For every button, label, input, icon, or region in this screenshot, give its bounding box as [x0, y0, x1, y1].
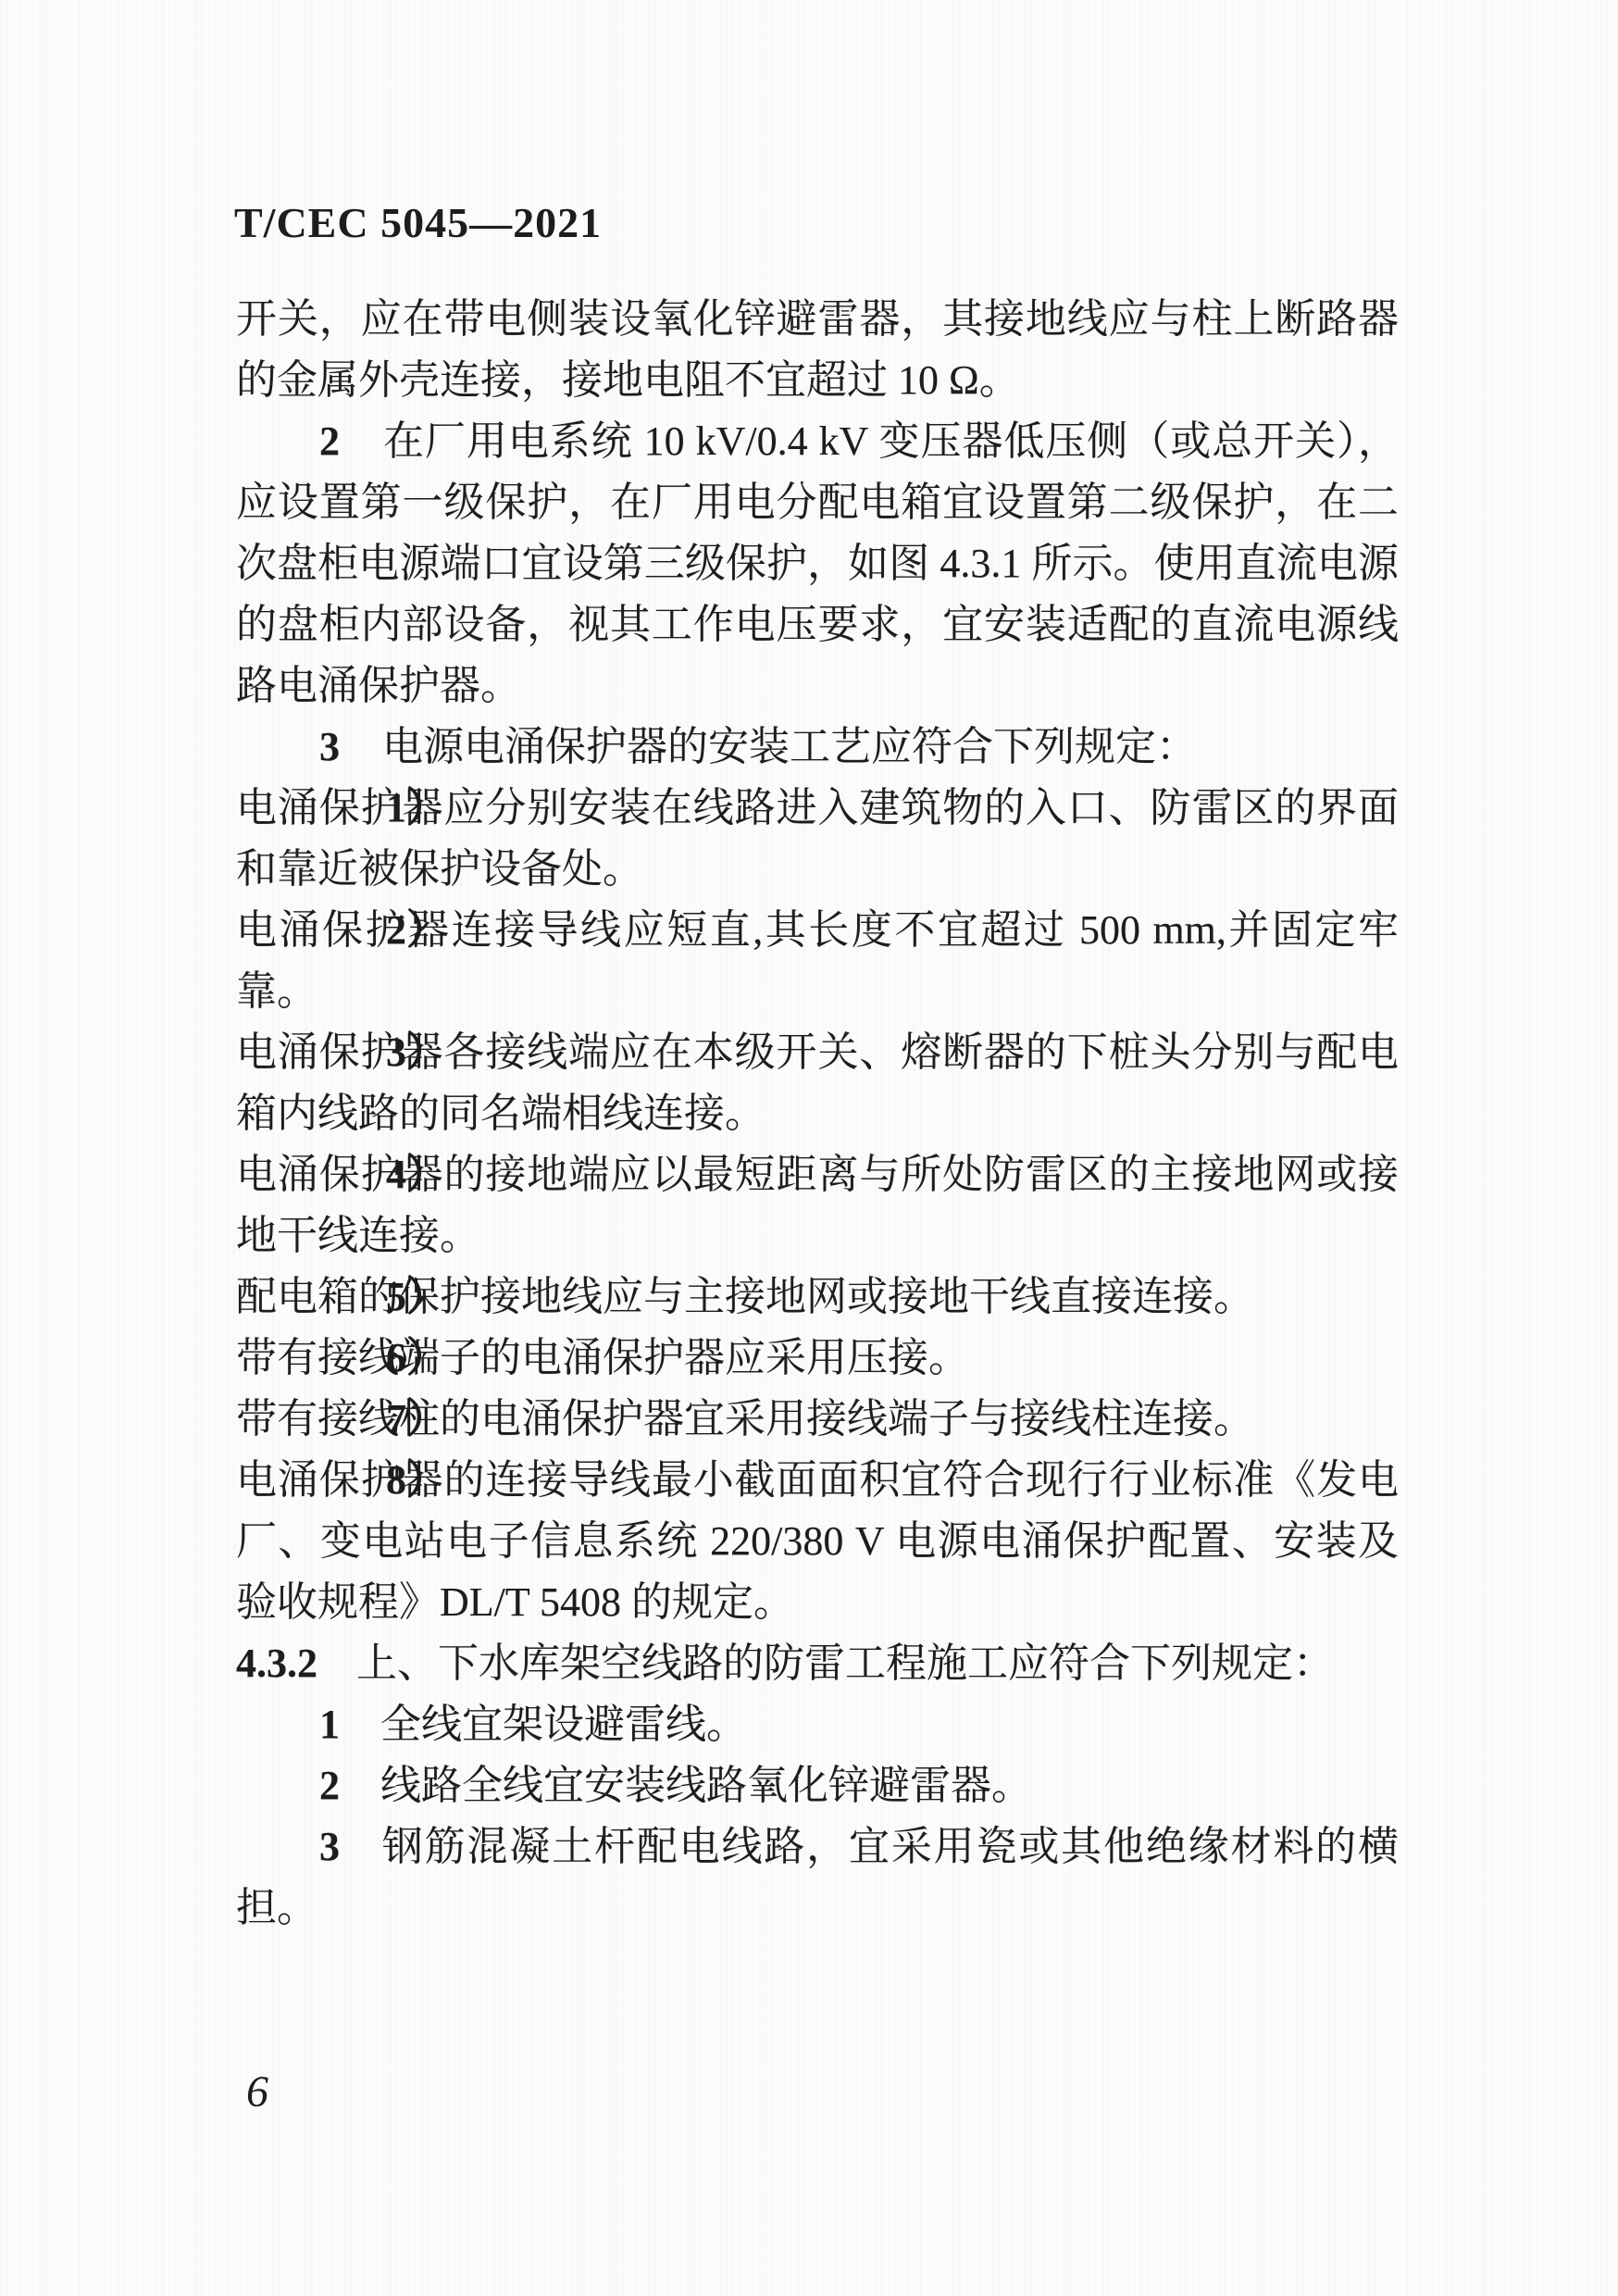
- paragraph-continuation: 开关，应在带电侧装设氧化锌避雷器，其接地线应与柱上断路器的金属外壳连接，接地电阻…: [236, 289, 1399, 411]
- sub-item-7: 7）带有接线柱的电涌保护器宜采用接线端子与接线柱连接。: [236, 1389, 1399, 1450]
- section-4-3-2-item-3-text: 钢筋混凝土杆配电线路，宜采用瓷或其他绝缘材料的横担。: [236, 1824, 1399, 1930]
- body-text: 开关，应在带电侧装设氧化锌避雷器，其接地线应与柱上断路器的金属外壳连接，接地电阻…: [236, 289, 1399, 1939]
- sub-item-8-number: 8）: [386, 1450, 447, 1511]
- sub-item-4-number: 4）: [386, 1144, 447, 1205]
- clause-3: 3电源电涌保护器的安装工艺应符合下列规定：: [236, 717, 1399, 778]
- sub-item-3: 3）电涌保护器各接线端应在本级开关、熔断器的下桩头分别与配电箱内线路的同名端相线…: [236, 1022, 1399, 1144]
- section-4-3-2-item-2-text: 线路全线宜安装线路氧化锌避雷器。: [380, 1763, 1032, 1808]
- page-number: 6: [246, 2066, 268, 2117]
- section-4-3-2-item-1: 1全线宜架设避雷线。: [236, 1694, 1399, 1755]
- clause-2-text: 在厂用电系统 10 kV/0.4 kV 变压器低压侧（或总开关），应设置第一级保…: [236, 418, 1399, 708]
- section-4-3-2-number: 4.3.2: [236, 1641, 317, 1686]
- sub-item-2-number: 2）: [386, 900, 447, 961]
- sub-item-1: 1）电涌保护器应分别安装在线路进入建筑物的入口、防雷区的界面和靠近被保护设备处。: [236, 778, 1399, 900]
- clause-2: 2在厂用电系统 10 kV/0.4 kV 变压器低压侧（或总开关），应设置第一级…: [236, 411, 1399, 717]
- sub-item-7-number: 7）: [386, 1389, 447, 1450]
- sub-item-4: 4）电涌保护器的接地端应以最短距离与所处防雷区的主接地网或接地干线连接。: [236, 1144, 1399, 1267]
- section-4-3-2-text: 上、下水库架空线路的防雷工程施工应符合下列规定：: [356, 1641, 1334, 1686]
- clause-3-text: 电源电涌保护器的安装工艺应符合下列规定：: [382, 724, 1197, 769]
- sub-item-3-number: 3）: [386, 1022, 447, 1083]
- section-4-3-2-item-3: 3钢筋混凝土杆配电线路，宜采用瓷或其他绝缘材料的横担。: [236, 1816, 1399, 1939]
- section-4-3-2-item-1-text: 全线宜架设避雷线。: [380, 1702, 747, 1747]
- sub-item-6-text: 带有接线端子的电涌保护器应采用压接。: [236, 1335, 969, 1380]
- section-4-3-2-item-2-number: 2: [319, 1763, 340, 1808]
- standard-number-header: T/CEC 5045—2021: [234, 198, 602, 247]
- section-4-3-2-item-1-number: 1: [319, 1702, 340, 1747]
- sub-item-6: 6）带有接线端子的电涌保护器应采用压接。: [236, 1328, 1399, 1389]
- clause-2-number: 2: [319, 418, 340, 464]
- section-4-3-2-item-2: 2线路全线宜安装线路氧化锌避雷器。: [236, 1755, 1399, 1816]
- sub-item-8: 8）电涌保护器的连接导线最小截面面积宜符合现行行业标准《发电厂、变电站电子信息系…: [236, 1450, 1399, 1633]
- section-4-3-2-item-3-number: 3: [319, 1824, 340, 1869]
- sub-item-6-number: 6）: [386, 1328, 447, 1389]
- clause-3-number: 3: [319, 724, 340, 769]
- sub-item-2: 2）电涌保护器连接导线应短直,其长度不宜超过 500 mm,并固定牢靠。: [236, 900, 1399, 1022]
- section-4-3-2-heading: 4.3.2上、下水库架空线路的防雷工程施工应符合下列规定：: [236, 1633, 1399, 1694]
- sub-item-5: 5）配电箱的保护接地线应与主接地网或接地干线直接连接。: [236, 1267, 1399, 1328]
- document-page: T/CEC 5045—2021 开关，应在带电侧装设氧化锌避雷器，其接地线应与柱…: [0, 0, 1618, 2296]
- sub-item-1-number: 1）: [386, 778, 447, 839]
- sub-item-5-number: 5）: [386, 1267, 447, 1328]
